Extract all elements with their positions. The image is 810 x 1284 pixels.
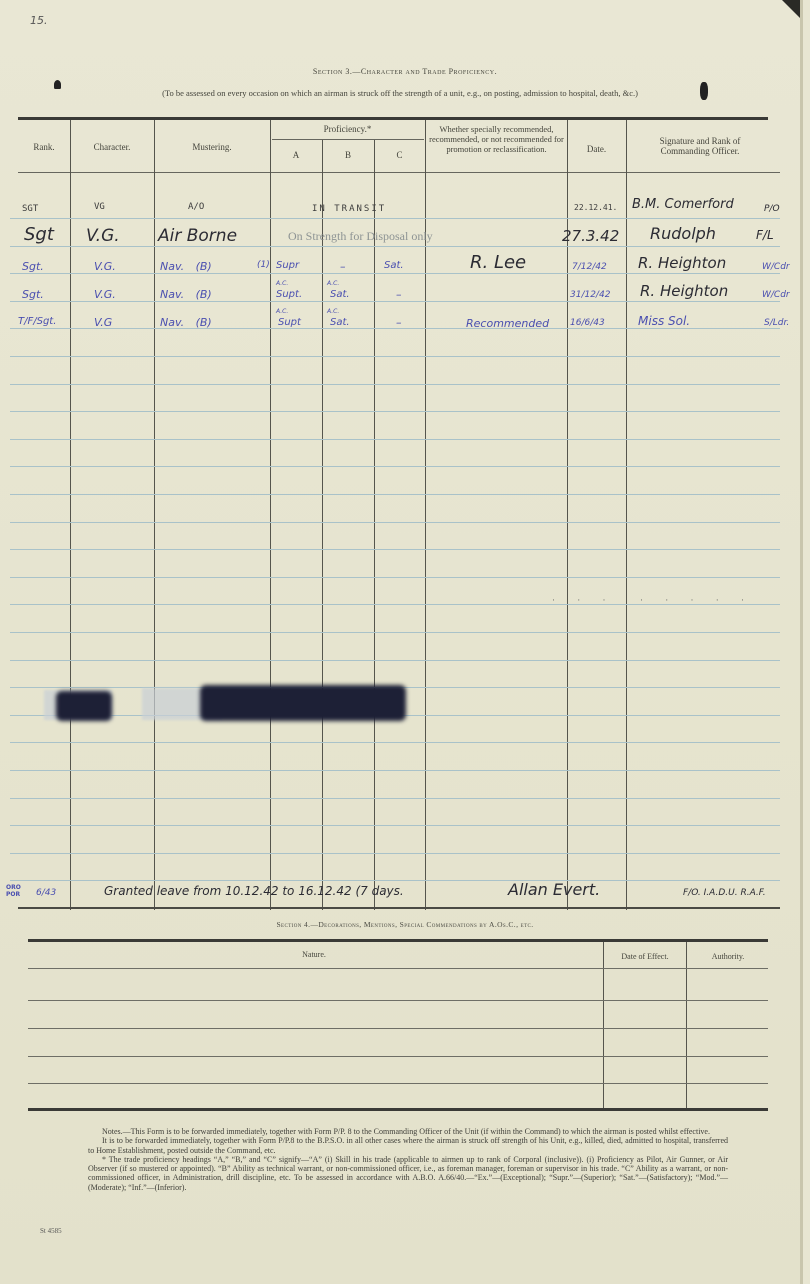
row4-prof-a-note: A.C. (276, 280, 288, 287)
row1-sig-rank: P/O (764, 204, 780, 214)
ruled-line (10, 218, 780, 219)
section4-row-line (28, 1028, 768, 1029)
ink-mark-right (700, 82, 708, 100)
col-divider (70, 120, 71, 910)
header-prof-a: A (270, 150, 322, 160)
ruled-line (10, 301, 780, 302)
section3-top-rule (18, 117, 768, 120)
row3-prof-c: Sat. (384, 260, 404, 271)
section4-header-rule (28, 968, 768, 969)
row3-prof-b: – (340, 260, 346, 273)
col-divider (374, 140, 375, 910)
row1-rank: SGT (22, 204, 38, 214)
ink-mark-left (54, 80, 61, 89)
row4-character: V.G. (94, 288, 116, 301)
section4-title: Section 4.—Decorations, Mentions, Specia… (0, 920, 810, 929)
row3-character: V.G. (94, 260, 116, 273)
row4-sig-rank: W/Cdr (762, 290, 790, 300)
row5-mustering: Nav. (B) (160, 316, 212, 329)
row4-prof-b: Sat. (330, 289, 350, 300)
ruled-line (10, 825, 780, 826)
row5-recommendation: Recommended (466, 317, 549, 330)
row3-prof-a: Supr (276, 260, 299, 271)
row3-date: 7/12/42 (572, 262, 607, 272)
page-corner-fold (782, 0, 800, 18)
ruled-line (10, 632, 780, 633)
footer-ref-number: 6/43 (36, 888, 56, 898)
ruled-line (10, 770, 780, 771)
section4-row-line (28, 1056, 768, 1057)
section4-row-line (28, 1083, 768, 1084)
ruled-line (10, 439, 780, 440)
footer-rank: F/O. I.A.D.U. R.A.F. (683, 888, 766, 898)
ruled-line (10, 880, 780, 881)
row3-rank: Sgt. (22, 260, 44, 273)
row5-prof-c: – (396, 316, 402, 329)
row4-date: 31/12/42 (570, 290, 610, 300)
document-page: 15. Section 3.—Character and Trade Profi… (0, 0, 803, 1284)
folio-number: 15. (30, 14, 48, 27)
row5-rank: T/F/Sgt. (18, 316, 56, 327)
row2-stamp: On Strength for Disposal only (288, 229, 433, 244)
col-divider (270, 120, 271, 910)
form-notes: Notes.—This Form is to be forwarded imme… (88, 1127, 728, 1192)
dot-marks: · · · (552, 595, 616, 605)
row5-sig-rank: S/Ldr. (764, 318, 789, 328)
row2-date: 27.3.42 (562, 227, 619, 245)
ruled-line (10, 384, 780, 385)
section3-bottom-rule (18, 907, 780, 909)
header-prof-b: B (322, 150, 374, 160)
ink-blot (56, 691, 112, 721)
header-date: Date. (567, 144, 626, 154)
ruled-line (10, 549, 780, 550)
ruled-line (10, 328, 780, 329)
row5-prof-a: Supt (278, 317, 301, 328)
section4-top-rule (28, 939, 768, 942)
header-signature: Signature and Rank of Commanding Officer… (640, 136, 760, 156)
row4-mustering: Nav. (B) (160, 288, 212, 301)
ruled-line (10, 577, 780, 578)
row5-prof-a-note: A.C. (276, 308, 288, 315)
row3-recommendation: R. Lee (470, 252, 526, 273)
header-prof-c: C (374, 150, 425, 160)
row3-sig-rank: W/Cdr (762, 262, 790, 272)
header-bottom-rule (18, 172, 780, 173)
section3-title: Section 3.—Character and Trade Proficien… (0, 67, 810, 76)
ruled-line (10, 798, 780, 799)
form-number: St 4585 (40, 1227, 62, 1235)
row1-signature: B.M. Comerford (632, 197, 734, 212)
ruled-line (10, 356, 780, 357)
row3-mustering: Nav. (B) (160, 260, 212, 273)
row5-prof-b: Sat. (330, 317, 350, 328)
header-authority: Authority. (688, 952, 768, 962)
header-rank: Rank. (18, 142, 70, 152)
ruled-line (10, 742, 780, 743)
proficiency-subheader-rule (272, 139, 424, 140)
ink-blot (200, 685, 406, 721)
ruled-line (10, 246, 780, 247)
note-paragraph-1: Notes.—This Form is to be forwarded imme… (88, 1127, 728, 1136)
row1-date: 22.12.41. (574, 203, 617, 212)
footer-signature: Allan Evert. (508, 880, 600, 899)
row3-signature: R. Heighton (638, 254, 726, 272)
row2-character: V.G. (86, 226, 120, 246)
dot-marks: · · · · · (640, 595, 754, 605)
header-nature: Nature. (28, 950, 600, 960)
footer-leave-text: Granted leave from 10.12.42 to 16.12.42 … (104, 884, 404, 898)
row4-prof-b-note: A.C. (327, 280, 339, 287)
row2-rank: Sgt (24, 224, 54, 245)
row5-prof-b-note: A.C. (327, 308, 339, 315)
row4-signature: R. Heighton (640, 282, 728, 300)
ruled-line (10, 660, 780, 661)
header-recommendation: Whether specially recommended, recommend… (428, 124, 565, 154)
row3-prefix: (1) (257, 260, 270, 270)
header-character: Character. (70, 142, 154, 152)
col-divider (322, 140, 323, 910)
note-paragraph-2: It is to be forwarded immediately, toget… (88, 1136, 728, 1155)
row4-prof-c: – (396, 288, 402, 301)
footer-ref: OROPOR (6, 884, 21, 898)
ruled-line (10, 411, 780, 412)
row1-proficiency-note: IN TRANSIT (312, 204, 386, 214)
row1-character: VG (94, 202, 105, 212)
row1-mustering: A/O (188, 202, 204, 212)
row2-sig-rank: F/L (756, 228, 774, 242)
col-divider (154, 120, 155, 910)
section4-row-line (28, 1000, 768, 1001)
header-mustering: Mustering. (154, 142, 270, 152)
row4-rank: Sgt. (22, 288, 44, 301)
row4-prof-a: Supt. (276, 289, 302, 300)
note-paragraph-3: * The trade proficiency headings “A,” “B… (88, 1155, 728, 1192)
ruled-line (10, 853, 780, 854)
ruled-line (10, 494, 780, 495)
row5-date: 16/6/43 (570, 318, 605, 328)
row5-character: V.G (94, 316, 112, 329)
section4-bottom-rule (28, 1108, 768, 1111)
row2-mustering: Air Borne (158, 226, 237, 246)
header-date-of-effect: Date of Effect. (604, 952, 686, 962)
row2-signature: Rudolph (650, 224, 716, 243)
header-proficiency: Proficiency.* (270, 124, 425, 134)
col-divider (626, 120, 627, 910)
row5-signature: Miss Sol. (638, 314, 690, 328)
section3-subtitle: (To be assessed on every occasion on whi… (150, 88, 650, 98)
ruled-line (10, 522, 780, 523)
ruled-line (10, 273, 780, 274)
ruled-line (10, 466, 780, 467)
